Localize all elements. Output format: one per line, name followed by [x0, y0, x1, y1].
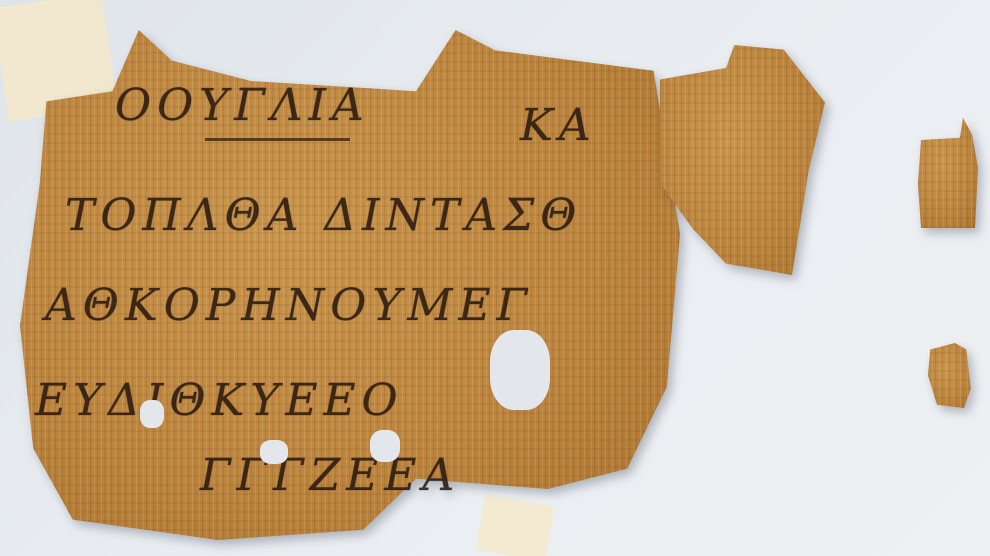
- text-line-4: ΕΥΔΙΘΚΥΕΕΟ: [35, 375, 404, 426]
- text-line-3: ΑΘΚΟΡΗΝΟΥΜΕΓ: [45, 280, 533, 331]
- text-line-5: ΓΓΓΖΕΕΑ: [200, 450, 460, 501]
- text-line-1b: ΚΑ: [520, 100, 597, 151]
- papyrus-small-fragment-2: [928, 343, 973, 408]
- papyrus-right-fragment: [660, 45, 825, 275]
- underline-rule: [205, 138, 350, 141]
- text-line-2: ΤΟΠΛΘΑ ΔΙΝΤΑΣΘ: [65, 190, 582, 241]
- photo-scene: ΟΟΥΓΛΙΑ ΚΑ ΤΟΠΛΘΑ ΔΙΝΤΑΣΘ ΑΘΚΟΡΗΝΟΥΜΕΓ Ε…: [0, 0, 990, 556]
- text-line-1: ΟΟΥΓΛΙΑ: [115, 80, 370, 131]
- papyrus-small-fragment-1: [918, 118, 978, 228]
- papyrus-main-fragment: ΟΟΥΓΛΙΑ ΚΑ ΤΟΠΛΘΑ ΔΙΝΤΑΣΘ ΑΘΚΟΡΗΝΟΥΜΕΓ Ε…: [20, 30, 680, 540]
